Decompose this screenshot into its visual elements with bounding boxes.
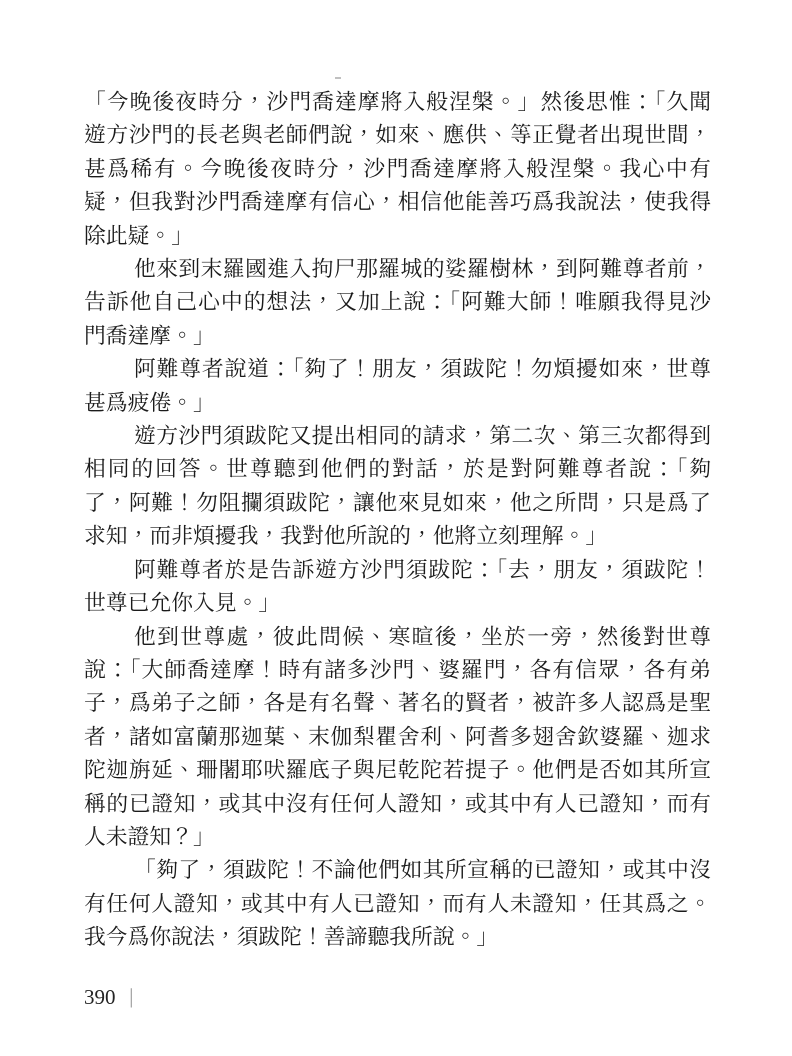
page: 「今晚後夜時分，沙門喬達摩將入般涅槃。」然後思惟：「久聞 遊方沙門的長老與老師們…: [0, 0, 792, 1056]
text-line: 除此疑。」: [84, 220, 711, 253]
text-line: 甚爲疲倦。」: [84, 387, 711, 420]
scan-speck: [335, 77, 341, 79]
text-line: 遊方沙門須跋陀又提出相同的請求，第二次、第三次都得到: [84, 420, 711, 453]
text-line: 阿難尊者於是告訴遊方沙門須跋陀：「去，朋友，須跋陀！: [84, 554, 711, 587]
text-line: 「夠了，須跋陀！不論他們如其所宣稱的已證知，或其中沒: [84, 854, 711, 887]
text-line: 告訴他自己心中的想法，又加上說：「阿難大師！唯願我得見沙: [84, 286, 711, 319]
text-line: 門喬達摩。」: [84, 320, 711, 353]
text-line: 者，諸如富蘭那迦葉、末伽梨瞿舍利、阿耆多翅舍欽婆羅、迦求: [84, 721, 711, 754]
text-line: 世尊已允你入見。」: [84, 587, 711, 620]
text-line: 求知，而非煩擾我，我對他所說的，他將立刻理解。」: [84, 520, 711, 553]
text-line: 稱的已證知，或其中沒有任何人證知，或其中有人已證知，而有: [84, 788, 711, 821]
text-line: 「今晚後夜時分，沙門喬達摩將入般涅槃。」然後思惟：「久聞: [84, 86, 711, 119]
text-line: 我今爲你說法，須跋陀！善諦聽我所說。」: [84, 921, 711, 954]
text-line: 相同的回答。世尊聽到他們的對話，於是對阿難尊者說：「夠: [84, 453, 711, 486]
text-line: 阿難尊者說道：「夠了！朋友，須跋陀！勿煩擾如來，世尊: [84, 353, 711, 386]
text-line: 甚爲稀有。今晚後夜時分，沙門喬達摩將入般涅槃。我心中有: [84, 153, 711, 186]
text-line: 他到世尊處，彼此問候、寒暄後，坐於一旁，然後對世尊: [84, 621, 711, 654]
text-line: 說：「大師喬達摩！時有諸多沙門、婆羅門，各有信眾，各有弟: [84, 654, 711, 687]
footer-separator: |: [129, 984, 131, 1008]
page-footer: 390|: [84, 985, 133, 1009]
text-line: 人未證知？」: [84, 821, 711, 854]
body-text: 「今晚後夜時分，沙門喬達摩將入般涅槃。」然後思惟：「久聞 遊方沙門的長老與老師們…: [84, 86, 711, 955]
page-number: 390: [84, 985, 116, 1009]
text-line: 陀迦旃延、珊闍耶吠羅底子與尼乾陀若提子。他們是否如其所宣: [84, 754, 711, 787]
text-line: 有任何人證知，或其中有人已證知，而有人未證知，任其爲之。: [84, 888, 711, 921]
text-line: 子，爲弟子之師，各是有名聲、著名的賢者，被許多人認爲是聖: [84, 687, 711, 720]
text-line: 疑，但我對沙門喬達摩有信心，相信他能善巧爲我說法，使我得: [84, 186, 711, 219]
text-line: 遊方沙門的長老與老師們說，如來、應供、等正覺者出現世間，: [84, 119, 711, 152]
text-line: 了，阿難！勿阻攔須跋陀，讓他來見如來，他之所問，只是爲了: [84, 487, 711, 520]
text-line: 他來到末羅國進入拘尸那羅城的娑羅樹林，到阿難尊者前，: [84, 253, 711, 286]
